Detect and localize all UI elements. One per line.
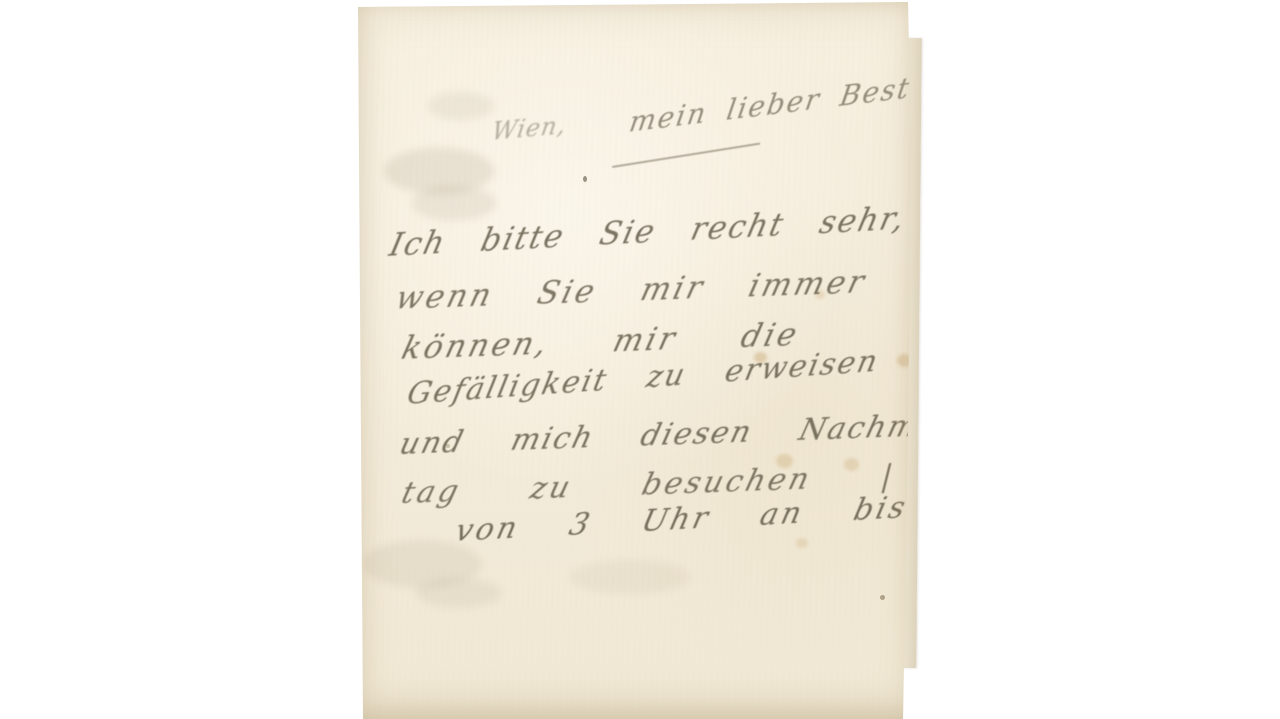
handwriting-line: Ich bitte Sie recht sehr, xyxy=(386,201,910,264)
handwriting-line: und mich diesen Nachmit= xyxy=(396,407,976,462)
handwriting-line: wenn Sie mir immer xyxy=(392,264,871,317)
letter-photograph: Wien,mein lieber Bester!Ich bitte Sie re… xyxy=(0,0,1280,719)
letter-sheet: Wien,mein lieber Bester!Ich bitte Sie re… xyxy=(350,0,920,719)
handwriting-line: Wien, xyxy=(490,111,568,146)
handwriting-layer: Wien,mein lieber Bester!Ich bitte Sie re… xyxy=(350,0,920,719)
